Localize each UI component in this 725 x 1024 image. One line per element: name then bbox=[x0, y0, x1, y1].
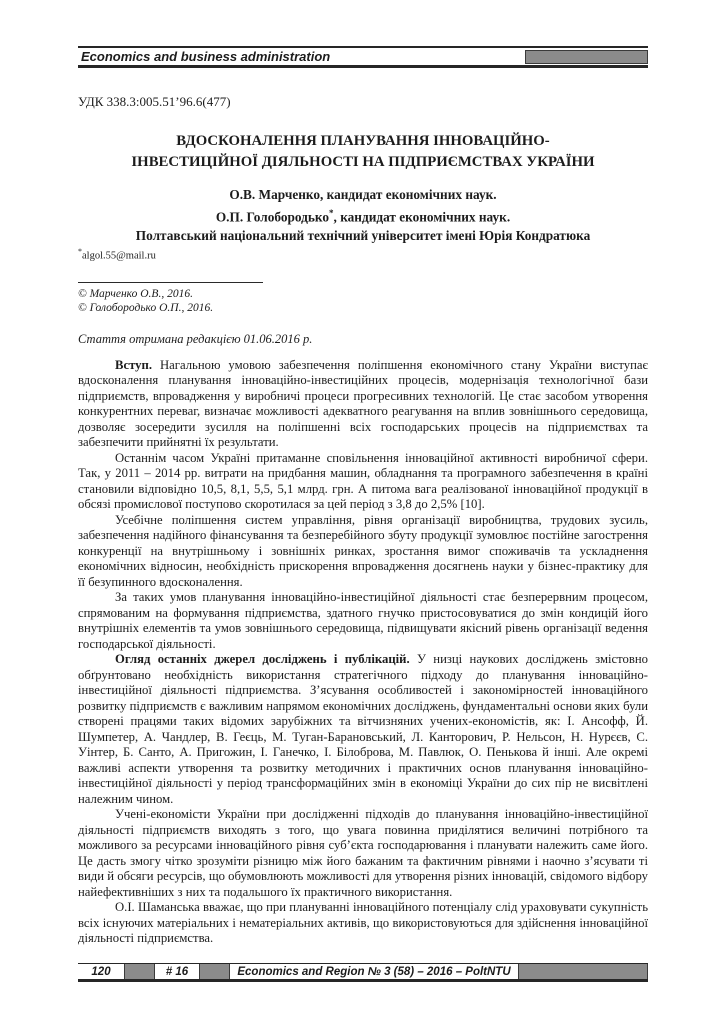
header-gray-block bbox=[525, 50, 648, 64]
paragraph: За таких умов планування інноваційно-інв… bbox=[78, 590, 648, 652]
received-date-line: Стаття отримана редакцією 01.06.2016 р. bbox=[78, 332, 648, 347]
page-number: 120 bbox=[78, 964, 124, 979]
author-line-2: О.П. Голобородько*, кандидат економічних… bbox=[78, 204, 648, 226]
article-body: Вступ.Нагальною умовою забезпечення полі… bbox=[78, 358, 648, 947]
footer-gray-block bbox=[199, 964, 230, 979]
copyright-line-1: © Марченко О.В., 2016. bbox=[78, 287, 648, 302]
author-email: *algol.55@mail.ru bbox=[78, 247, 648, 262]
email-address: algol.55@mail.ru bbox=[82, 251, 156, 262]
author-line-1: О.В. Марченко, кандидат економічних наук… bbox=[78, 185, 648, 204]
article-title: ВДОСКОНАЛЕННЯ ПЛАНУВАННЯ ІННОВАЦІЙНО- ІН… bbox=[78, 131, 648, 173]
running-footer: 120 # 16 Economics and Region № 3 (58) –… bbox=[78, 963, 648, 982]
running-header: Economics and business administration bbox=[78, 46, 648, 68]
author-2-degree: , кандидат економічних наук. bbox=[334, 209, 511, 224]
paragraph-text: Нагальною умовою забезпечення поліпшення… bbox=[78, 358, 648, 450]
paragraph-lead: Огляд останніх джерел досліджень і публі… bbox=[115, 652, 417, 666]
copyright-block: © Марченко О.В., 2016. © Голобородько О.… bbox=[78, 287, 648, 316]
paragraph: Учені-економісти України при дослідженні… bbox=[78, 807, 648, 900]
paragraph: О.І. Шаманська вважає, що при плануванні… bbox=[78, 900, 648, 947]
article-title-line2: ІНВЕСТИЦІЙНОЇ ДІЯЛЬНОСТІ НА ПІДПРИЄМСТВА… bbox=[78, 152, 648, 173]
paragraph-introduction: Вступ.Нагальною умовою забезпечення полі… bbox=[78, 358, 648, 451]
paragraph-text: Учені-економісти України при дослідженні… bbox=[78, 807, 648, 899]
footnote-rule bbox=[78, 282, 263, 283]
paragraph-text: Усебічне поліпшення систем управління, р… bbox=[78, 513, 648, 589]
author-2-name: О.П. Голобородько bbox=[216, 209, 329, 224]
paragraph-text: За таких умов планування інноваційно-інв… bbox=[78, 590, 648, 651]
paragraph: Усебічне поліпшення систем управління, р… bbox=[78, 513, 648, 591]
article-content: УДК 338.3:005.51’96.6(477) ВДОСКОНАЛЕННЯ… bbox=[78, 66, 648, 947]
paragraph-literature-review: Огляд останніх джерел досліджень і публі… bbox=[78, 652, 648, 807]
authors-block: О.В. Марченко, кандидат економічних наук… bbox=[78, 185, 648, 245]
issue-number: # 16 bbox=[155, 964, 199, 979]
paragraph-text: О.І. Шаманська вважає, що при плануванні… bbox=[78, 900, 648, 945]
paragraph-text: У низці наукових досліджень змістовно об… bbox=[78, 652, 648, 806]
copyright-line-2: © Голобородько О.П., 2016. bbox=[78, 301, 648, 316]
paragraph: Останнім часом Україні притаманне сповіл… bbox=[78, 451, 648, 513]
document-page: Economics and business administration УД… bbox=[0, 0, 725, 1024]
footer-gray-block bbox=[518, 964, 648, 979]
footer-gray-block bbox=[124, 964, 155, 979]
paragraph-text: Останнім часом Україні притаманне сповіл… bbox=[78, 451, 648, 512]
affiliation: Полтавський національний технічний уніве… bbox=[78, 226, 648, 245]
udc-code: УДК 338.3:005.51’96.6(477) bbox=[78, 94, 648, 110]
journal-citation: Economics and Region № 3 (58) – 2016 – P… bbox=[230, 964, 518, 979]
section-title: Economics and business administration bbox=[78, 48, 330, 65]
paragraph-lead: Вступ. bbox=[115, 358, 160, 372]
article-title-line1: ВДОСКОНАЛЕННЯ ПЛАНУВАННЯ ІННОВАЦІЙНО- bbox=[78, 131, 648, 152]
